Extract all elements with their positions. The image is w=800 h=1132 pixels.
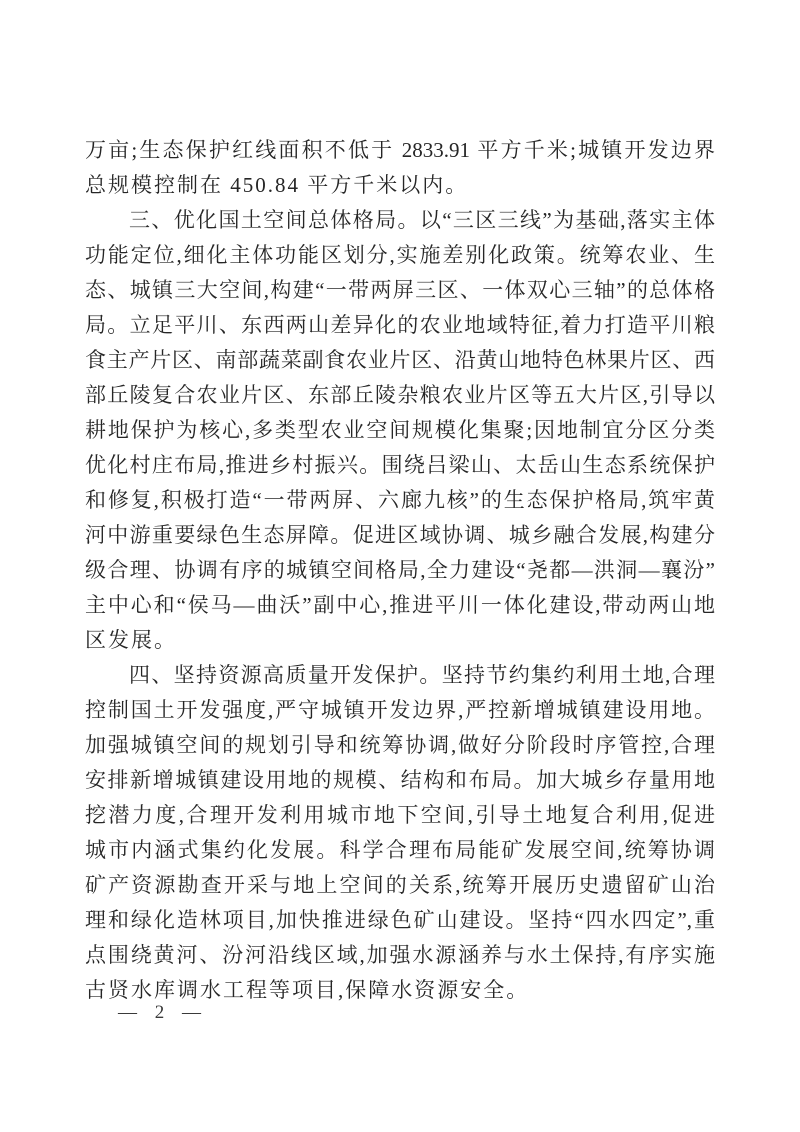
text-line: 和修复,积极打造“一带两屏、六廊九核”的生态保护格局,筑牢黄 [85,483,715,518]
text-line: 万亩;生态保护红线面积不低于 2833.91 平方千米;城镇开发边界 [85,133,715,168]
text-line: 挖潜力度,合理开发利用城市地下空间,引导土地复合利用,促进 [85,798,715,833]
paragraph-section-three: 三、优化国土空间总体格局。以“三区三线”为基础,落实主体功能定位,细化主体功能区… [85,203,715,658]
text-line: 区发展。 [85,623,715,658]
text-line: 河中游重要绿色生态屏障。促进区域协调、城乡融合发展,构建分 [85,518,715,553]
text-line: 控制国土开发强度,严守城镇开发边界,严控新增城镇建设用地。 [85,693,715,728]
text-line: 局。立足平川、东西两山差异化的农业地域特征,着力打造平川粮 [85,308,715,343]
text-line: 总规模控制在 450.84 平方千米以内。 [85,168,715,203]
document-page: 万亩;生态保护红线面积不低于 2833.91 平方千米;城镇开发边界总规模控制在… [0,0,800,1132]
text-line: 耕地保护为核心,多类型农业空间规模化集聚;因地制宜分区分类 [85,413,715,448]
text-line: 四、坚持资源高质量开发保护。坚持节约集约利用土地,合理 [85,658,715,693]
text-line: 加强城镇空间的规划引导和统筹协调,做好分阶段时序管控,合理 [85,728,715,763]
text-line: 功能定位,细化主体功能区划分,实施差别化政策。统筹农业、生 [85,238,715,273]
text-line: 城市内涵式集约化发展。科学合理布局能矿发展空间,统筹协调 [85,833,715,868]
text-line: 优化村庄布局,推进乡村振兴。围绕吕梁山、太岳山生态系统保护 [85,448,715,483]
text-line: 部丘陵复合农业片区、东部丘陵杂粮农业片区等五大片区,引导以 [85,378,715,413]
paragraph-continuation: 万亩;生态保护红线面积不低于 2833.91 平方千米;城镇开发边界总规模控制在… [85,133,715,203]
text-line: 级合理、协调有序的城镇空间格局,全力建设“尧都—洪洞—襄汾” [85,553,715,588]
text-line: 安排新增城镇建设用地的规模、结构和布局。加大城乡存量用地 [85,763,715,798]
text-line: 态、城镇三大空间,构建“一带两屏三区、一体双心三轴”的总体格 [85,273,715,308]
paragraph-section-four: 四、坚持资源高质量开发保护。坚持节约集约利用土地,合理控制国土开发强度,严守城镇… [85,658,715,1008]
text-line: 矿产资源勘查开采与地上空间的关系,统筹开展历史遗留矿山治 [85,868,715,903]
text-line: 主中心和“侯马—曲沃”副中心,推进平川一体化建设,带动两山地 [85,588,715,623]
page-number: — 2 — [118,1002,203,1023]
text-line: 点围绕黄河、汾河沿线区域,加强水源涵养与水土保持,有序实施 [85,938,715,973]
text-line: 食主产片区、南部蔬菜副食农业片区、沿黄山地特色林果片区、西 [85,343,715,378]
page-footer: — 2 — [118,1000,203,1026]
document-body: 万亩;生态保护红线面积不低于 2833.91 平方千米;城镇开发边界总规模控制在… [85,133,715,1008]
text-line: 理和绿化造林项目,加快推进绿色矿山建设。坚持“四水四定”,重 [85,903,715,938]
text-line: 三、优化国土空间总体格局。以“三区三线”为基础,落实主体 [85,203,715,238]
